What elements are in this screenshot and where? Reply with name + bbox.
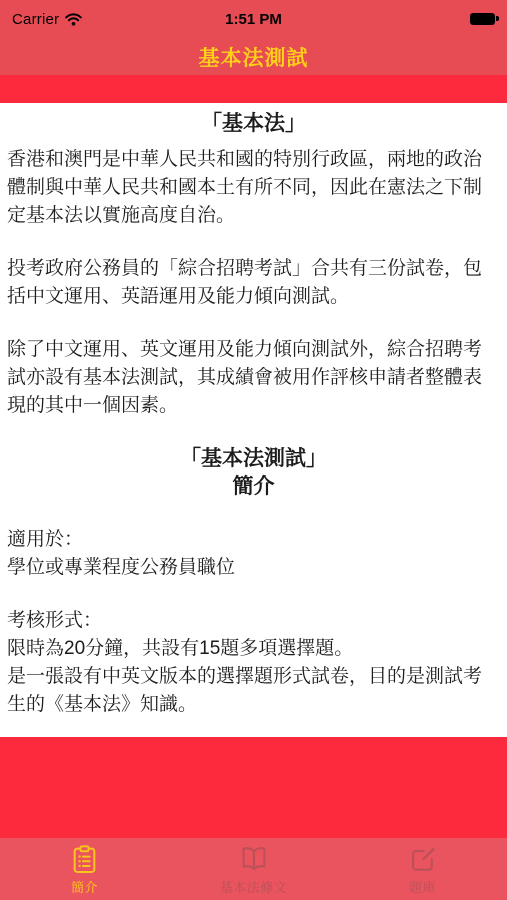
- top-red-strip: [0, 75, 507, 103]
- status-left: Carrier: [12, 11, 225, 28]
- intro-text-view[interactable]: 「基本法」 香港和澳門是中華人民共和國的特別行政區，兩地的政治體制與中華人民共和…: [0, 103, 507, 737]
- paragraph-blt-in-cre: 除了中文運用、英文運用及能力傾向測試外，綜合招聘考試亦設有基本法測試，其成績會被…: [7, 336, 500, 420]
- open-book-icon: [239, 843, 269, 875]
- format-label: 考核形式：: [7, 607, 500, 635]
- tab-intro[interactable]: 簡介: [0, 838, 169, 900]
- navigation-bar: 基本法測試: [0, 34, 507, 79]
- tab-bar: 簡介 基本法條文 題庫: [0, 838, 507, 900]
- format-duration: 限時為20分鐘，共設有15題多項選擇題。: [7, 635, 500, 663]
- compose-icon: [409, 843, 437, 875]
- tab-question-bank-label: 題庫: [409, 877, 436, 896]
- status-time: 1:51 PM: [225, 11, 282, 28]
- carrier-label: Carrier: [12, 11, 59, 28]
- paragraph-cre-papers: 投考政府公務員的「綜合招聘考試」合共有三份試卷，包括中文運用、英語運用及能力傾向…: [7, 255, 500, 311]
- section-heading-blt-intro: 「基本法測試」 簡介: [7, 445, 500, 501]
- section-heading-basic-law: 「基本法」: [7, 110, 500, 138]
- app-screen: Carrier 1:51 PM 基本法測試 「基本法」 香港和澳門是中華人民共: [0, 0, 507, 900]
- status-right: [282, 13, 495, 25]
- applicable-label: 適用於：: [7, 526, 500, 554]
- format-description: 是一張設有中英文版本的選擇題形式試卷，目的是測試考生的《基本法》知識。: [7, 663, 500, 719]
- header: Carrier 1:51 PM 基本法測試: [0, 0, 507, 75]
- clipboard-list-icon: [71, 843, 98, 875]
- tab-basic-law-articles[interactable]: 基本法條文: [169, 838, 338, 900]
- applicable-value: 學位或專業程度公務員職位: [7, 554, 500, 582]
- heading-line-2: 簡介: [7, 473, 500, 501]
- tab-question-bank[interactable]: 題庫: [338, 838, 507, 900]
- heading-line-1: 「基本法測試」: [7, 445, 500, 473]
- wifi-icon: [65, 13, 82, 26]
- paragraph-basic-law-intro: 香港和澳門是中華人民共和國的特別行政區，兩地的政治體制與中華人民共和國本土有所不…: [7, 146, 500, 230]
- status-bar: Carrier 1:51 PM: [0, 0, 507, 34]
- tab-intro-label: 簡介: [71, 877, 98, 896]
- page-title: 基本法測試: [199, 42, 309, 72]
- battery-icon: [470, 13, 495, 25]
- tab-basic-law-articles-label: 基本法條文: [220, 877, 288, 896]
- bottom-red-area: [0, 737, 507, 838]
